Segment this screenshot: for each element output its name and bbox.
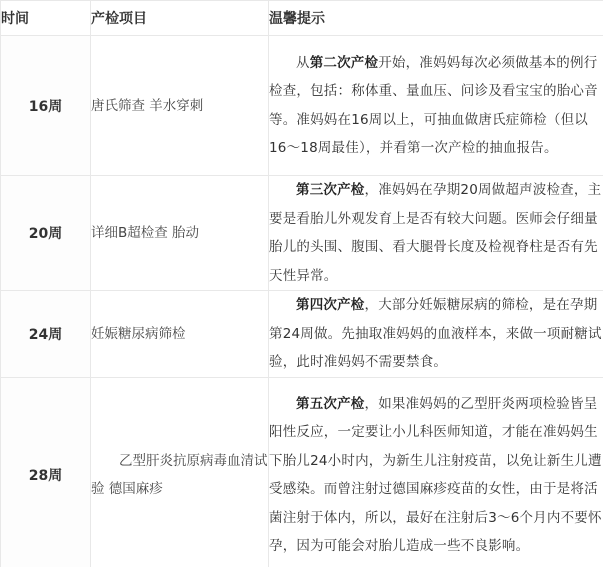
header-time: 时间 <box>1 1 91 36</box>
prenatal-exam-table: 时间 产检项目 温馨提示 16周 唐氏筛查 羊水穿刺 从第二次产检开始，准妈妈每… <box>0 0 603 567</box>
table-header-row: 时间 产检项目 温馨提示 <box>1 1 603 36</box>
tip-highlight: 第四次产检 <box>296 297 365 313</box>
table-row: 20周 详细B超检查 胎动 第三次产检，准妈妈在孕期20周做超声波检查，主要是看… <box>1 176 603 291</box>
table-row: 24周 妊娠糖尿病筛检 第四次产检，大部分妊娠糖尿病的筛检，是在孕期第24周做。… <box>1 291 603 378</box>
tip-highlight: 第三次产检 <box>296 182 365 198</box>
cell-week: 20周 <box>1 176 91 291</box>
cell-exam-item: 妊娠糖尿病筛检 <box>91 291 269 378</box>
header-exam-item: 产检项目 <box>91 1 269 36</box>
table-row: 16周 唐氏筛查 羊水穿刺 从第二次产检开始，准妈妈每次必须做基本的例行检查，包… <box>1 36 603 176</box>
tip-text: ，如果准妈妈的乙型肝炎两项检验皆呈阳性反应，一定要让小儿科医师知道，才能在准妈妈… <box>269 396 602 555</box>
table-row: 28周 乙型肝炎抗原病毒血清试验 德国麻疹 第五次产检，如果准妈妈的乙型肝炎两项… <box>1 377 603 567</box>
cell-tip: 第三次产检，准妈妈在孕期20周做超声波检查，主要是看胎儿外观发育上是否有较大问题… <box>269 176 603 291</box>
tip-highlight: 第五次产检 <box>296 396 365 412</box>
cell-week: 16周 <box>1 36 91 176</box>
tip-highlight: 第二次产检 <box>310 55 379 71</box>
cell-exam-item: 乙型肝炎抗原病毒血清试验 德国麻疹 <box>91 377 269 567</box>
cell-tip: 第四次产检，大部分妊娠糖尿病的筛检，是在孕期第24周做。先抽取准妈妈的血液样本，… <box>269 291 603 378</box>
cell-tip: 从第二次产检开始，准妈妈每次必须做基本的例行检查，包括：称体重、量血压、问诊及看… <box>269 36 603 176</box>
header-tips: 温馨提示 <box>269 1 603 36</box>
cell-tip: 第五次产检，如果准妈妈的乙型肝炎两项检验皆呈阳性反应，一定要让小儿科医师知道，才… <box>269 377 603 567</box>
tip-prefix: 从 <box>296 55 310 71</box>
cell-exam-item: 详细B超检查 胎动 <box>91 176 269 291</box>
cell-week: 28周 <box>1 377 91 567</box>
cell-exam-item: 唐氏筛查 羊水穿刺 <box>91 36 269 176</box>
cell-week: 24周 <box>1 291 91 378</box>
